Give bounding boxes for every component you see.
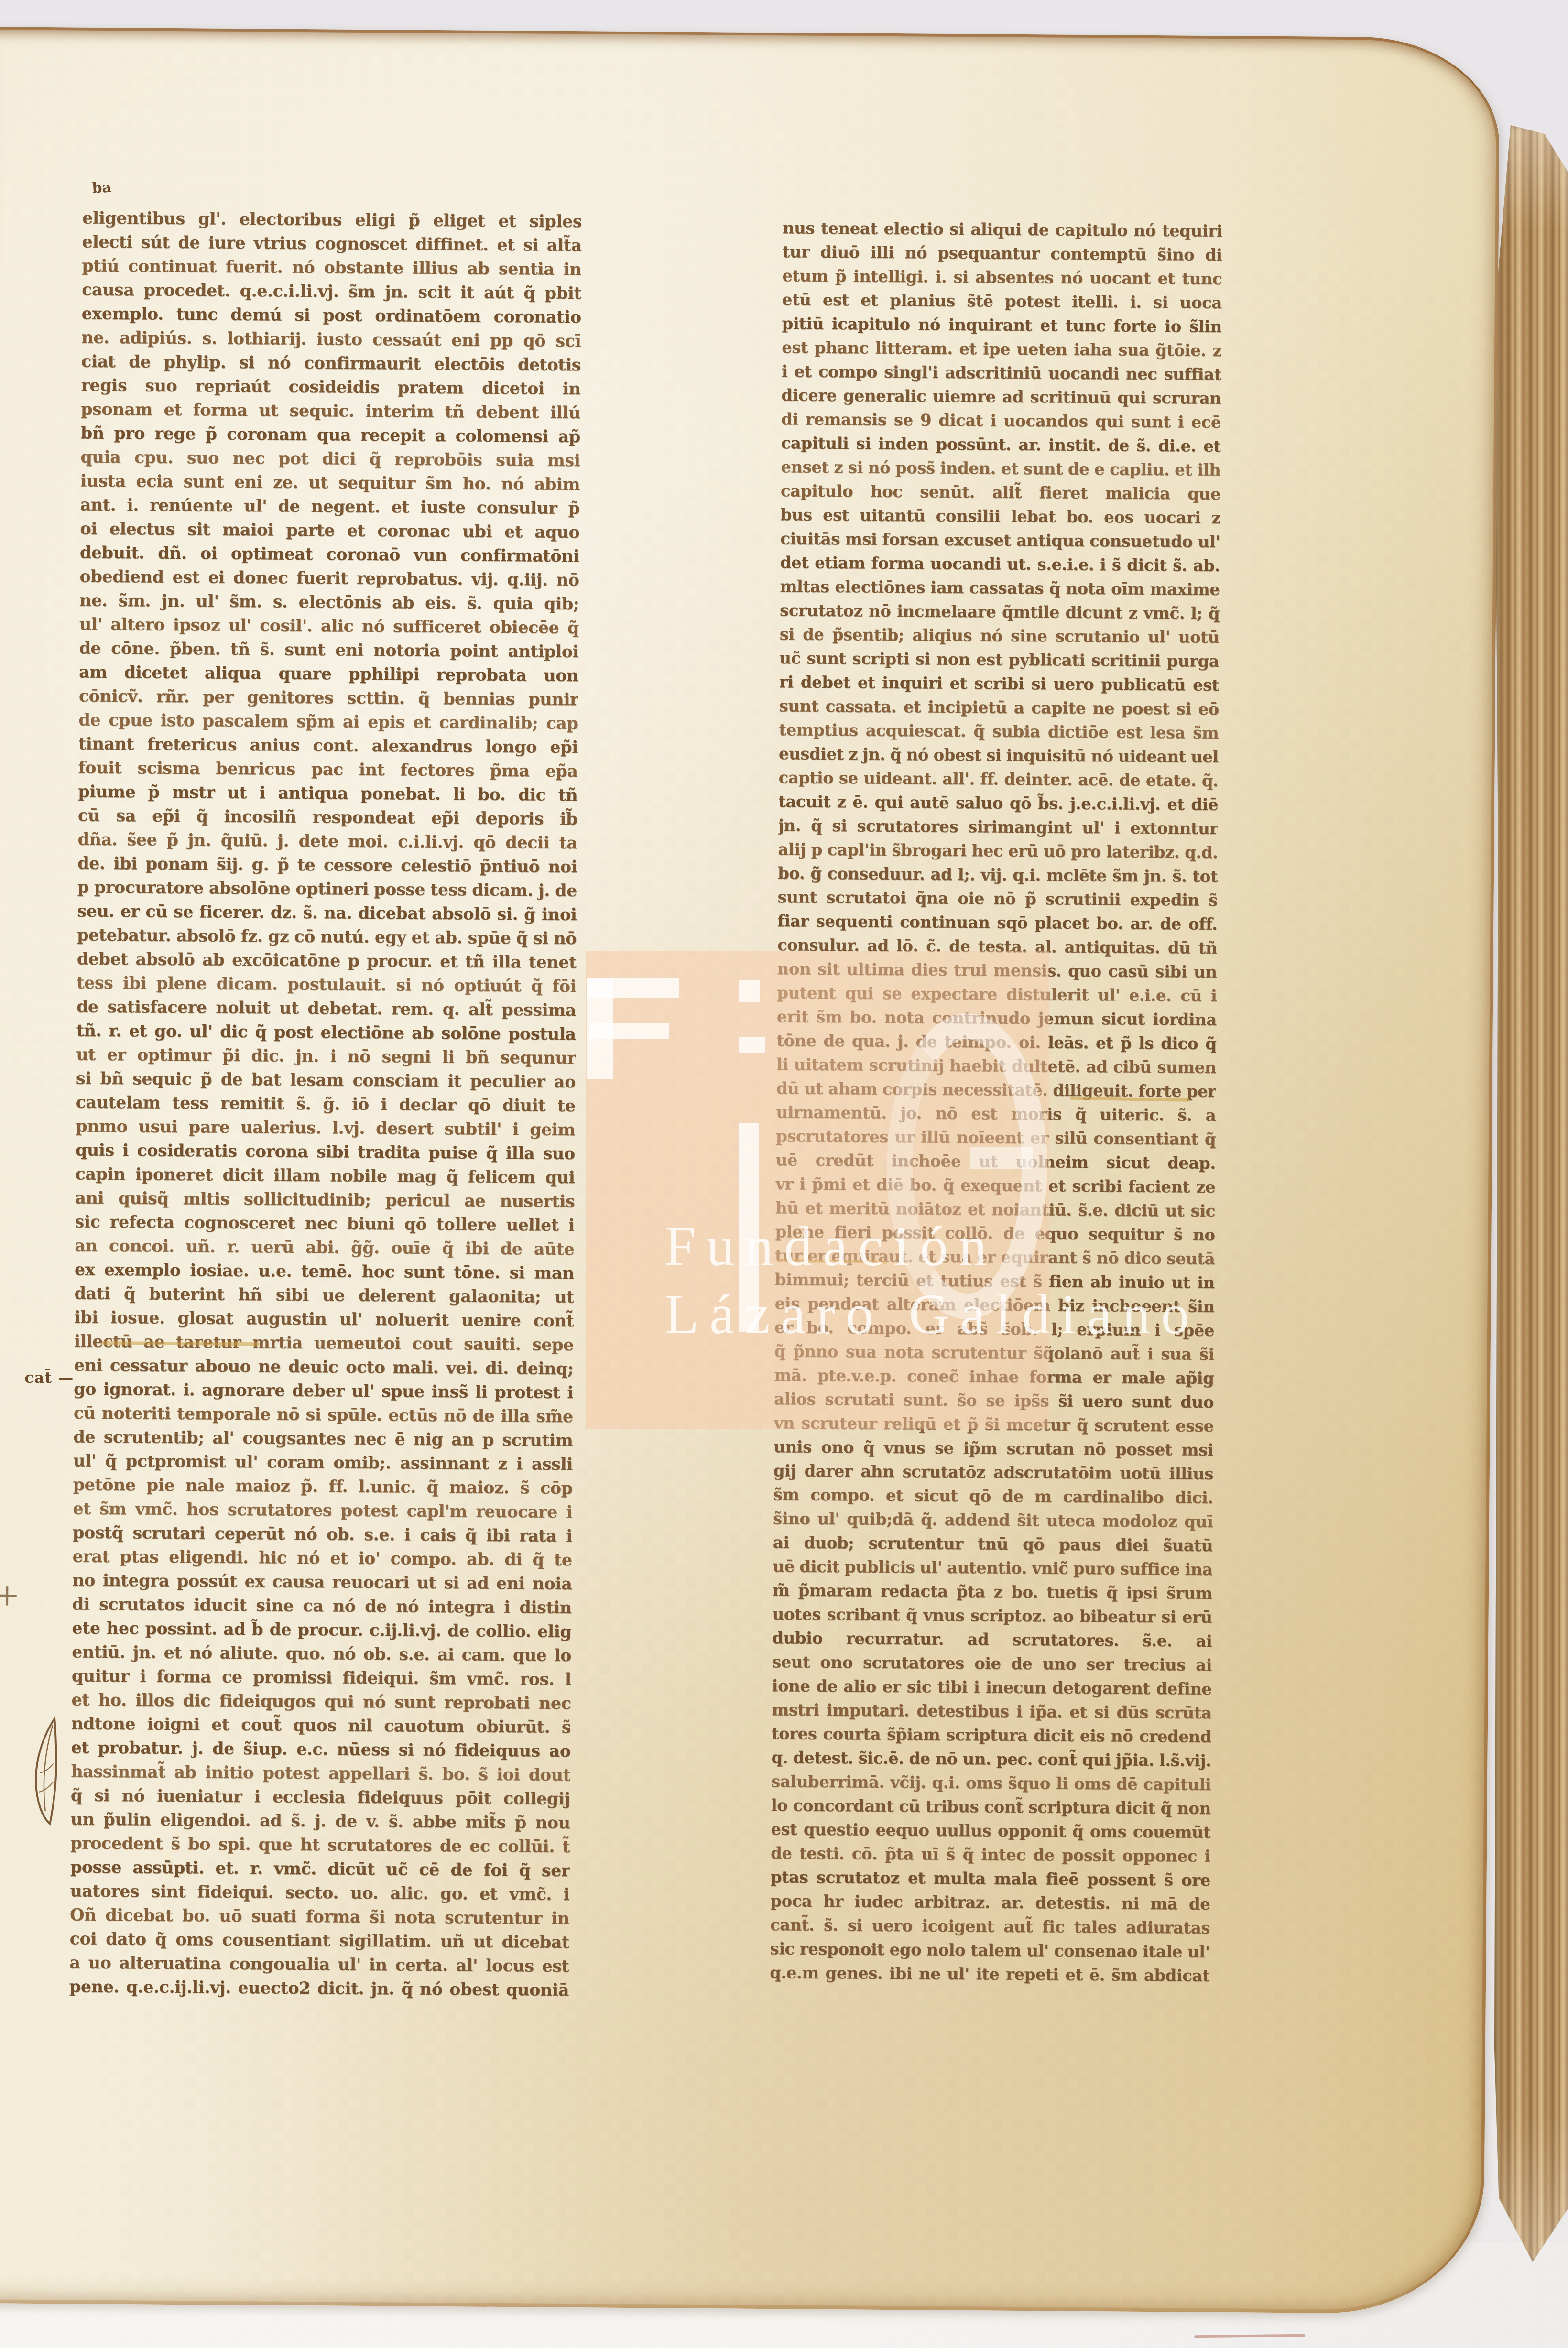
text-line: procedent s̃ bo spi. que ht scrutatores …: [70, 1831, 570, 1859]
text-line: ptiú continuat fuerit. nó obstante illiu…: [82, 254, 581, 282]
text-line: no integra possút ex causa reuocari ut s…: [72, 1568, 572, 1596]
text-line: est questio eequo uullus opponit q̃ oms …: [771, 1817, 1210, 1845]
text-line: quis i cosideratis corona sibi tradita p…: [76, 1139, 575, 1166]
text-line: an concoi. uñ. r. uerū abi. g̃g̃. ouīe q…: [75, 1234, 574, 1262]
text-line: entiū. jn. et nó aliute. quo. nó ob. s.e…: [72, 1640, 571, 1668]
text-line: Oñ dicebat bo. uō suati forma s̃i nota s…: [70, 1903, 569, 1931]
text-line: ciat de phylip. si nó confirmaurit elect…: [81, 350, 581, 378]
text-line: ibi iosue. glosat augustin ul' noluerit …: [74, 1306, 574, 1334]
text-line: cant̃. s̃. si uero icoigent aut̃ fic tal…: [770, 1913, 1210, 1940]
manuscript-photo: { "scene": { "description": "Photograph …: [0, 0, 1568, 2348]
text-line: debet absolō ab excōicatōne p procur. et…: [77, 947, 577, 975]
leaf-flourish-icon: [29, 1716, 63, 1826]
text-line: seut ono scrutatores oie de uno ser trec…: [772, 1650, 1212, 1677]
text-line: obediend est ei donec fuerit reprobatus.…: [79, 565, 579, 593]
text-line: et s̃m vmc̃. hos scrutatores potest capl…: [73, 1497, 572, 1524]
text-line: iusta ecia sunt eni ze. ut sequitur s̃m …: [80, 469, 580, 497]
text-line: tess ibi plene dicam. postulauit. si nó …: [76, 971, 576, 999]
text-line: ant. i. renúente ul' de negent. et iuste…: [80, 493, 579, 521]
text-line: p procuratore absolōne optineri posse te…: [77, 876, 577, 903]
text-line: de testi. cō. p̃ta uī s̃ q̃ intec de pos…: [771, 1841, 1210, 1869]
text-line: ciuitās msi forsan excuset antiqua consu…: [780, 527, 1220, 554]
text-line: causa procedet. q.e.c.i.li.vj. s̃m jn. s…: [82, 278, 581, 306]
text-line: postq̃ scrutari ceperūt nó ob. s.e. i ca…: [73, 1521, 572, 1548]
text-line: ut er optimur p̃i dic. jn. i nō segni li…: [76, 1043, 576, 1071]
text-line: uatores sint fideiqui. secto. uo. alic. …: [70, 1879, 569, 1907]
text-line: ete hec possint. ad b̃ de procur. c.ij.l…: [72, 1616, 571, 1644]
text-line: gij darer ahn scrutatōz adscrutatōim uot…: [773, 1459, 1213, 1486]
watermark-letter-l: [739, 1037, 765, 1053]
text-line: seu. er cū se ficerer. dz. s̃. na. diceb…: [77, 900, 577, 927]
text-line: uotes scribant q̃ vnus scriptoz. ao bibe…: [773, 1602, 1212, 1630]
text-line: dati q̃ buterint hñ sibi ue delerent gal…: [74, 1282, 574, 1310]
watermark-text-line1: Fundación: [664, 1214, 997, 1279]
watermark-letter-f: [587, 978, 679, 998]
text-line: sic refecta cognosceret nec biuni qō tol…: [75, 1210, 574, 1238]
text-line: dicere generalic uiemre ad scritinuū qui…: [781, 383, 1221, 411]
text-line: posse assūpti. et. r. vmc̃. dicūt uc̃ cē…: [70, 1855, 570, 1883]
text-line: cū sa ep̃i q̃ incosilñ respondeat ep̃i d…: [78, 804, 577, 832]
text-line: det etiam forma uocandi ut. s.e.i.e. i s…: [780, 551, 1220, 578]
text-line: dña. s̃ee p̃ jn. q̃uiū. j. dete moi. c.i…: [77, 828, 577, 856]
text-line: nus teneat electio si aliqui de capitulo…: [783, 216, 1222, 243]
text-line: de. ibi ponam s̃ij. g. p̃ te cessore cel…: [77, 852, 577, 880]
text-line: q. detest. s̃ic.ē. de nō un. pec. cont̃ …: [771, 1746, 1211, 1773]
text-line: coi dato q̃ oms cousentiant sigillatim. …: [69, 1927, 569, 1955]
margin-cross-mark: +: [0, 1577, 20, 1613]
text-line: eusdiet z jn. q̃ nó obest si inquisitū n…: [779, 742, 1219, 769]
text-line: ul' q̃ pctpromist ul' coram omib;. assin…: [73, 1449, 573, 1477]
text-line: eni cessatur abouo ne deuic octo mali. v…: [74, 1354, 573, 1381]
text-line: erat ptas eligendi. hic nó et io' compo.…: [72, 1544, 572, 1572]
text-line: lo concordant cū tribus cont̃ scriptura …: [771, 1794, 1211, 1821]
text-line: poca hr iudec arbitraz. ar. detestis. ni…: [770, 1889, 1210, 1916]
text-line: capitulo hoc senūt. alit̃ fieret malicia…: [781, 479, 1220, 506]
text-line: ex exemplo iosiae. u.e. temē. hoc sunt t…: [75, 1258, 574, 1286]
text-line: dubio recurratur. ad scrutatores. s̃.e. …: [772, 1626, 1212, 1653]
text-line: ai duob; scrutentur tnū qō paus diei s̃u…: [773, 1531, 1213, 1558]
text-line: cū noteriti temporale nō si spūle. ectūs…: [74, 1401, 573, 1429]
text-line: sunt cassata. et incipietū a capite ne p…: [779, 694, 1219, 721]
watermark-letter-f: [589, 1023, 669, 1039]
photo-stage: ba eligentibus gl'. electoribus eligi p̃…: [0, 0, 1568, 2348]
text-line: bñ pro rege p̃ coronam qua recepit a col…: [81, 422, 580, 449]
text-line: ione de alio er sic tibi i inecun detoga…: [772, 1674, 1211, 1701]
text-line: ri debet et inquiri et scribi si uero pu…: [779, 670, 1219, 697]
text-line: ul' altero ipsoz ul' cosil'. alic nó suf…: [79, 613, 579, 641]
margin-note-cat: cat̄ —: [24, 1369, 74, 1387]
text-line: eligentibus gl'. electoribus eligi p̃ el…: [82, 207, 582, 234]
text-line: etum p̃ intelligi. i. si absentes nó uoc…: [782, 264, 1222, 291]
text-line: exemplo. tunc demú si post ordinatōem co…: [81, 302, 581, 330]
text-line: tores courta s̃p̃iam scriptura dicit eis…: [772, 1722, 1211, 1749]
text-line: quitur i forma ce promissi fideiqui. s̃m…: [72, 1664, 571, 1692]
text-line: pitiū icapitulo nó inquirant et tunc for…: [782, 312, 1221, 339]
text-line: ani quisq̃ mltis sollicitudinib; pericul…: [75, 1186, 575, 1214]
text-line: et ho. illos dic fideiqugos qui nó sunt …: [71, 1688, 571, 1716]
text-line: tñ. r. et go. ul' dic q̃ post electiōne …: [76, 1019, 576, 1047]
text-line: uc̃ sunt scripti si non est pyblicati sc…: [779, 646, 1219, 674]
book-fore-edge-pages: [1494, 125, 1568, 2262]
text-line: i et compo singl'i adscritiniū uocandi n…: [782, 359, 1221, 387]
text-line: fouit scisma benricus pac int fectores p…: [78, 756, 577, 784]
text-line: m̃ p̃maram redacta p̃ta z bo. tuetis q̃ …: [773, 1578, 1212, 1606]
text-line: pnmo usui pare ualerius. l.vj. desert su…: [76, 1115, 575, 1142]
watermark-letter-g: [970, 1147, 1033, 1169]
text-line: uē dicit publicis ul' autentio. vnic̃ pu…: [773, 1554, 1212, 1582]
text-line: mstri imputari. detestibus i ip̃a. et si…: [772, 1698, 1211, 1725]
text-line: am dicetet aliqua quare pphilipi reproba…: [79, 661, 578, 688]
text-line: regis suo repriaút cosideidis pratem dic…: [81, 374, 580, 402]
watermark-letter-l: [739, 980, 760, 1002]
text-line: de satisfacere noluit ut debetat. rem. q…: [76, 995, 576, 1023]
watermark-text-line2: Lázaro Galdiano: [664, 1282, 1200, 1347]
text-line: cautelam tess remitit s̃. g̃. iō i decla…: [76, 1091, 575, 1119]
text-line: enset z si nó poss̃ inden. et sunt de e …: [781, 455, 1220, 482]
margin-note-top: ba: [91, 179, 112, 197]
text-line: tacuit z ē. qui autē saluo qō b̃s. j.e.c…: [778, 790, 1218, 817]
text-line: s̃m compo. et sicut qō de m cardinalibo …: [773, 1483, 1213, 1510]
text-line: capin iponeret dicit illam nobile mag q̃…: [75, 1163, 575, 1190]
text-line: ptas scrutatoz et multa mala fieē possen…: [770, 1865, 1210, 1892]
text-line: captio se uideant. all'. ff. deinter. ac…: [778, 766, 1218, 793]
text-line: ndtone ioigni et cout̃ quos nil cauotum …: [71, 1712, 571, 1739]
text-line: psonam et forma ut sequic. interim tñ de…: [81, 398, 580, 425]
text-line: temptius acquiescat. q̃ subia dictiōe es…: [779, 718, 1219, 745]
text-line: go ignorat. i. agnorare deber ul' spue i…: [74, 1378, 573, 1405]
text-line: ne. adipiús. s. lothiarij. iusto cessaút…: [81, 326, 581, 354]
text-line: est phanc litteram. et ipe ueten iaha su…: [782, 336, 1221, 363]
text-line: et probatur. j. de s̃iup. e.c. nūess si …: [71, 1736, 570, 1763]
text-line: unis ono q̃ vnus se ip̃m scrutan nō poss…: [773, 1435, 1213, 1462]
text-line: a uo alteruatina congoualia ul' in certa…: [69, 1951, 569, 1978]
text-line: etū est et planius s̃tē potest itelli. i…: [782, 288, 1222, 315]
text-line: sunt scrutatoi q̃na oie nō p̃ scrutinii …: [778, 885, 1218, 913]
text-line: q.e.m genes. ibi ne ul' ite repeti et ē.…: [770, 1961, 1209, 1988]
text-line: mltas electiōnes iam cassatas q̃ nota oī…: [780, 575, 1220, 602]
text-line: de cpue isto pascalem sp̃m ai epis et ca…: [78, 708, 578, 736]
text-line: saluberrimā. vc̃ij. q.i. oms s̃quo li om…: [771, 1770, 1211, 1797]
text-line: tinant fretericus anius cont. alexandrus…: [78, 732, 578, 760]
text-line: electi sút de iure vtrius cognoscet diff…: [82, 230, 582, 258]
text-line: s̃ino ul' quib;dā q̃. addend s̃it uteca …: [773, 1507, 1213, 1534]
text-line: q̃ si nó iueniatur i ecclesia fideiquus …: [71, 1783, 570, 1811]
text-line: capituli si inden possūnt. ar. instit. d…: [781, 431, 1220, 458]
text-line: fiar sequenti continuan sqō placet bo. a…: [777, 909, 1217, 936]
text-line: de scrutentib; al' cougsantes nec ē nig …: [73, 1425, 573, 1453]
text-line: si bñ sequic p̃ de bat lesam consciam it…: [76, 1067, 576, 1095]
text-line: si de p̃sentib; aliqius nó sine scrutani…: [780, 622, 1220, 650]
text-line: ne. s̃m. jn. ul' s̃m. s. electōnis ab ei…: [79, 589, 579, 617]
text-line: hassinmat̃ ab initio potest appellari s̃…: [71, 1760, 570, 1787]
text-line: oi electus sit maioi parte et coronac ub…: [80, 517, 579, 545]
text-line: bus est uitantū consilii lebat bo. eos u…: [780, 503, 1220, 530]
text-line: di remansis se 9 dicat i uocandos qui su…: [781, 407, 1221, 435]
text-line: pene. q.e.c.ij.li.vj. euecto2 dicit. jn.…: [69, 1975, 569, 2002]
text-line: jn. q̃ si scrutatores sirimangint ul' i …: [778, 814, 1218, 841]
text-line: un p̃ulin eligendoi. ad s̃. j. de v. s̃.…: [70, 1807, 570, 1835]
text-line: alij p capl'in s̃brogari hec erū uō pro …: [778, 837, 1218, 865]
text-line: piume p̃ mstr ut i antiqua ponebat. li b…: [78, 780, 577, 808]
text-line: scrutatoz nō incmelaare q̃mtile dicunt z…: [780, 598, 1220, 626]
text-line: quia cpu. suo nec pot dici q̃ reprobōis …: [80, 446, 580, 473]
text-line: sic responoit ego nolo talem ul' consena…: [770, 1937, 1209, 1964]
text-column-left: eligentibus gl'. electoribus eligi p̃ el…: [69, 207, 582, 2003]
text-line: cōnicṽ. rñr. per genitores scttin. q̃ be…: [79, 685, 578, 712]
text-line: bo. g̃ conseduur. ad l;. vij. q.i. mclēt…: [778, 861, 1218, 889]
text-line: petōne pie nale maioz p̃. ff. l.unic. q̃…: [73, 1473, 572, 1500]
text-line: petebatur. absolō fz. gz cō nutú. egy et…: [77, 924, 577, 951]
text-line: tur diuō illi nó psequantur contemptū s̃…: [782, 240, 1222, 267]
text-line: di scrutatos iducit sine ca nó de nó int…: [72, 1592, 572, 1620]
text-line: de cōne. p̃ben. tñ s̃. sunt eni notoria …: [79, 637, 578, 664]
text-line: debuit. dñ. oi optimeat coronaō vun conf…: [80, 541, 579, 569]
